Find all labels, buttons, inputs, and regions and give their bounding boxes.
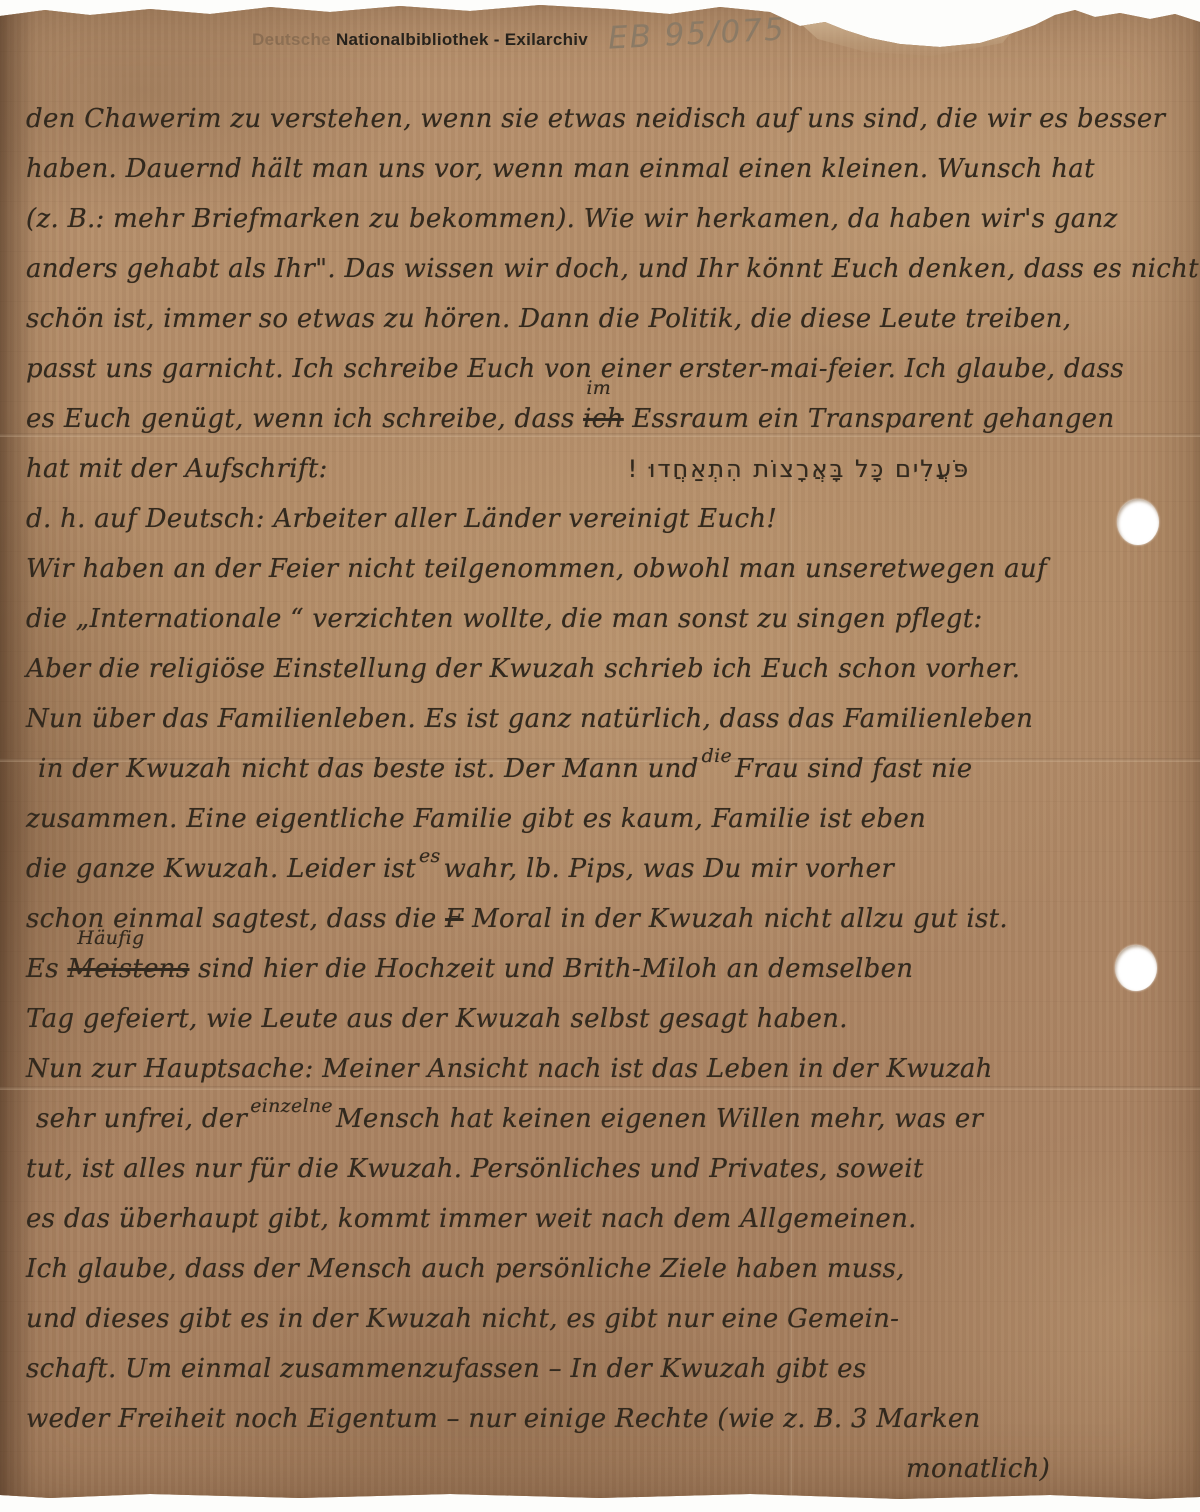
letter-line: die ganze Kwuzah. Leider isteswahr, lb. …: [26, 844, 1191, 894]
handwritten-text: tut, ist alles nur für die Kwuzah. Persö…: [26, 1154, 924, 1184]
letter-line: Ich glaube, dass der Mensch auch persönl…: [26, 1244, 1191, 1294]
letter-line: Es HäufigMeistens sind hier die Hochzeit…: [26, 944, 1191, 994]
handwritten-text: wahr, lb. Pips, was Du mir vorher: [444, 854, 895, 884]
struck-word: F: [445, 904, 463, 934]
handwritten-text: Frau sind fast nie: [735, 754, 972, 784]
handwritten-text: weder Freiheit noch Eigentum – nur einig…: [26, 1404, 981, 1434]
letter-line: Wir haben an der Feier nicht teilgenomme…: [26, 544, 1191, 594]
letter-line: es Euch genügt, wenn ich schreibe, dass …: [26, 394, 1191, 444]
handwritten-text: Nun zur Hauptsache: Meiner Ansicht nach …: [26, 1054, 993, 1084]
letter-body: den Chawerim zu verstehen, wenn sie etwa…: [26, 94, 1191, 1494]
letter-paper: Deutsche Nationalbibliothek - Exilarchiv…: [0, 0, 1200, 1502]
struck-word: ich: [583, 404, 624, 434]
handwritten-text: schaft. Um einmal zusammenzufassen – In …: [26, 1354, 867, 1384]
handwritten-text: Moral in der Kwuzah nicht allzu gut ist.: [464, 904, 1008, 934]
letter-line: den Chawerim zu verstehen, wenn sie etwa…: [26, 94, 1191, 144]
handwritten-text: es Euch genügt, wenn ich schreibe, dass: [26, 404, 583, 434]
handwritten-text: Wir haben an der Feier nicht teilgenomme…: [26, 554, 1047, 584]
letter-line: haben. Dauernd hält man uns vor, wenn ma…: [26, 144, 1191, 194]
inserted-word: die: [702, 731, 732, 781]
inserted-word: im: [586, 379, 611, 398]
handwritten-text: Tag gefeiert, wie Leute aus der Kwuzah s…: [26, 1004, 848, 1034]
handwritten-text: passt uns garnicht. Ich schreibe Euch vo…: [26, 354, 1124, 384]
hebrew-slogan: פֹּעֲלִים כָּל בָּאֲרָצוֹת הִתְאַחֲדוּ !: [628, 455, 970, 483]
handwritten-text: in der Kwuzah nicht das beste ist. Der M…: [38, 754, 699, 784]
letter-line: Nun zur Hauptsache: Meiner Ansicht nach …: [26, 1044, 1191, 1094]
stamp-main-text: Nationalbibliothek - Exilarchiv: [331, 30, 588, 49]
letter-line: Aber die religiöse Einstellung der Kwuza…: [26, 644, 1191, 694]
handwritten-text: Ich glaube, dass der Mensch auch persönl…: [26, 1254, 905, 1284]
archive-stamp: Deutsche Nationalbibliothek - Exilarchiv: [252, 30, 588, 50]
letter-line: (z. B.: mehr Briefmarken zu bekommen). W…: [26, 194, 1191, 244]
handwritten-text: zusammen. Eine eigentliche Familie gibt …: [26, 804, 926, 834]
torn-edge-flap: [800, 8, 1020, 58]
letter-line: schaft. Um einmal zusammenzufassen – In …: [26, 1344, 1191, 1394]
letter-line: es das überhaupt gibt, kommt immer weit …: [26, 1194, 1191, 1244]
handwritten-text: Essraum ein Transparent gehangen: [624, 404, 1115, 434]
letter-line: Tag gefeiert, wie Leute aus der Kwuzah s…: [26, 994, 1191, 1044]
letter-line: schön ist, immer so etwas zu hören. Dann…: [26, 294, 1191, 344]
inserted-word: es: [419, 831, 441, 881]
letter-line: in der Kwuzah nicht das beste ist. Der M…: [26, 744, 1191, 794]
handwritten-text: Aber die religiöse Einstellung der Kwuza…: [26, 654, 1020, 684]
handwritten-text: die ganze Kwuzah. Leider ist: [26, 854, 416, 884]
letter-line: zusammen. Eine eigentliche Familie gibt …: [26, 794, 1191, 844]
letter-line: die „Internationale “ verzichten wollte,…: [26, 594, 1191, 644]
handwritten-text: d. h. auf Deutsch: Arbeiter aller Länder…: [26, 504, 777, 534]
handwritten-text: haben. Dauernd hält man uns vor, wenn ma…: [26, 154, 1095, 184]
letter-line: schon einmal sagtest, dass die F Moral i…: [26, 894, 1191, 944]
letter-line: sehr unfrei, dereinzelneMensch hat keine…: [26, 1094, 1191, 1144]
struck-word: Meistens: [68, 954, 190, 984]
handwritten-text: (z. B.: mehr Briefmarken zu bekommen). W…: [26, 204, 1118, 234]
handwritten-text: es das überhaupt gibt, kommt immer weit …: [26, 1204, 917, 1234]
handwritten-text: schön ist, immer so etwas zu hören. Dann…: [26, 304, 1071, 334]
punch-hole: [1115, 945, 1157, 991]
handwritten-text: sehr unfrei, der: [36, 1104, 247, 1134]
inserted-word: einzelne: [250, 1081, 333, 1131]
handwritten-text: monatlich): [906, 1454, 1050, 1484]
handwritten-text: den Chawerim zu verstehen, wenn sie etwa…: [26, 104, 1165, 134]
letter-line: weder Freiheit noch Eigentum – nur einig…: [26, 1394, 1191, 1444]
handwritten-text: und dieses gibt es in der Kwuzah nicht, …: [26, 1304, 899, 1334]
stamp-faded-text: Deutsche: [252, 30, 331, 49]
punch-hole: [1117, 499, 1159, 545]
handwritten-text: hat mit der Aufschrift:: [26, 454, 328, 484]
handwritten-text: die „Internationale “ verzichten wollte,…: [26, 604, 983, 634]
letter-line: d. h. auf Deutsch: Arbeiter aller Länder…: [26, 494, 1191, 544]
handwritten-text: Nun über das Familienleben. Es ist ganz …: [26, 704, 1033, 734]
letter-line: monatlich): [26, 1444, 1191, 1494]
letter-line: und dieses gibt es in der Kwuzah nicht, …: [26, 1294, 1191, 1344]
handwritten-text: Es: [26, 954, 68, 984]
correction: HäufigMeistens: [68, 944, 190, 994]
letter-line: anders gehabt als Ihr". Das wissen wir d…: [26, 244, 1191, 294]
letter-line: tut, ist alles nur für die Kwuzah. Persö…: [26, 1144, 1191, 1194]
handwritten-text: sind hier die Hochzeit und Brith-Miloh a…: [190, 954, 914, 984]
handwritten-text: anders gehabt als Ihr". Das wissen wir d…: [26, 254, 1199, 284]
handwritten-text: Mensch hat keinen eigenen Willen mehr, w…: [336, 1104, 983, 1134]
inserted-word: Häufig: [77, 929, 144, 948]
letter-line: Nun über das Familienleben. Es ist ganz …: [26, 694, 1191, 744]
correction: imich: [583, 394, 624, 444]
letter-line: hat mit der Aufschrift:פֹּעֲלִים כָּל בָ…: [26, 444, 1191, 494]
reference-number: EB 95/075: [607, 11, 786, 56]
